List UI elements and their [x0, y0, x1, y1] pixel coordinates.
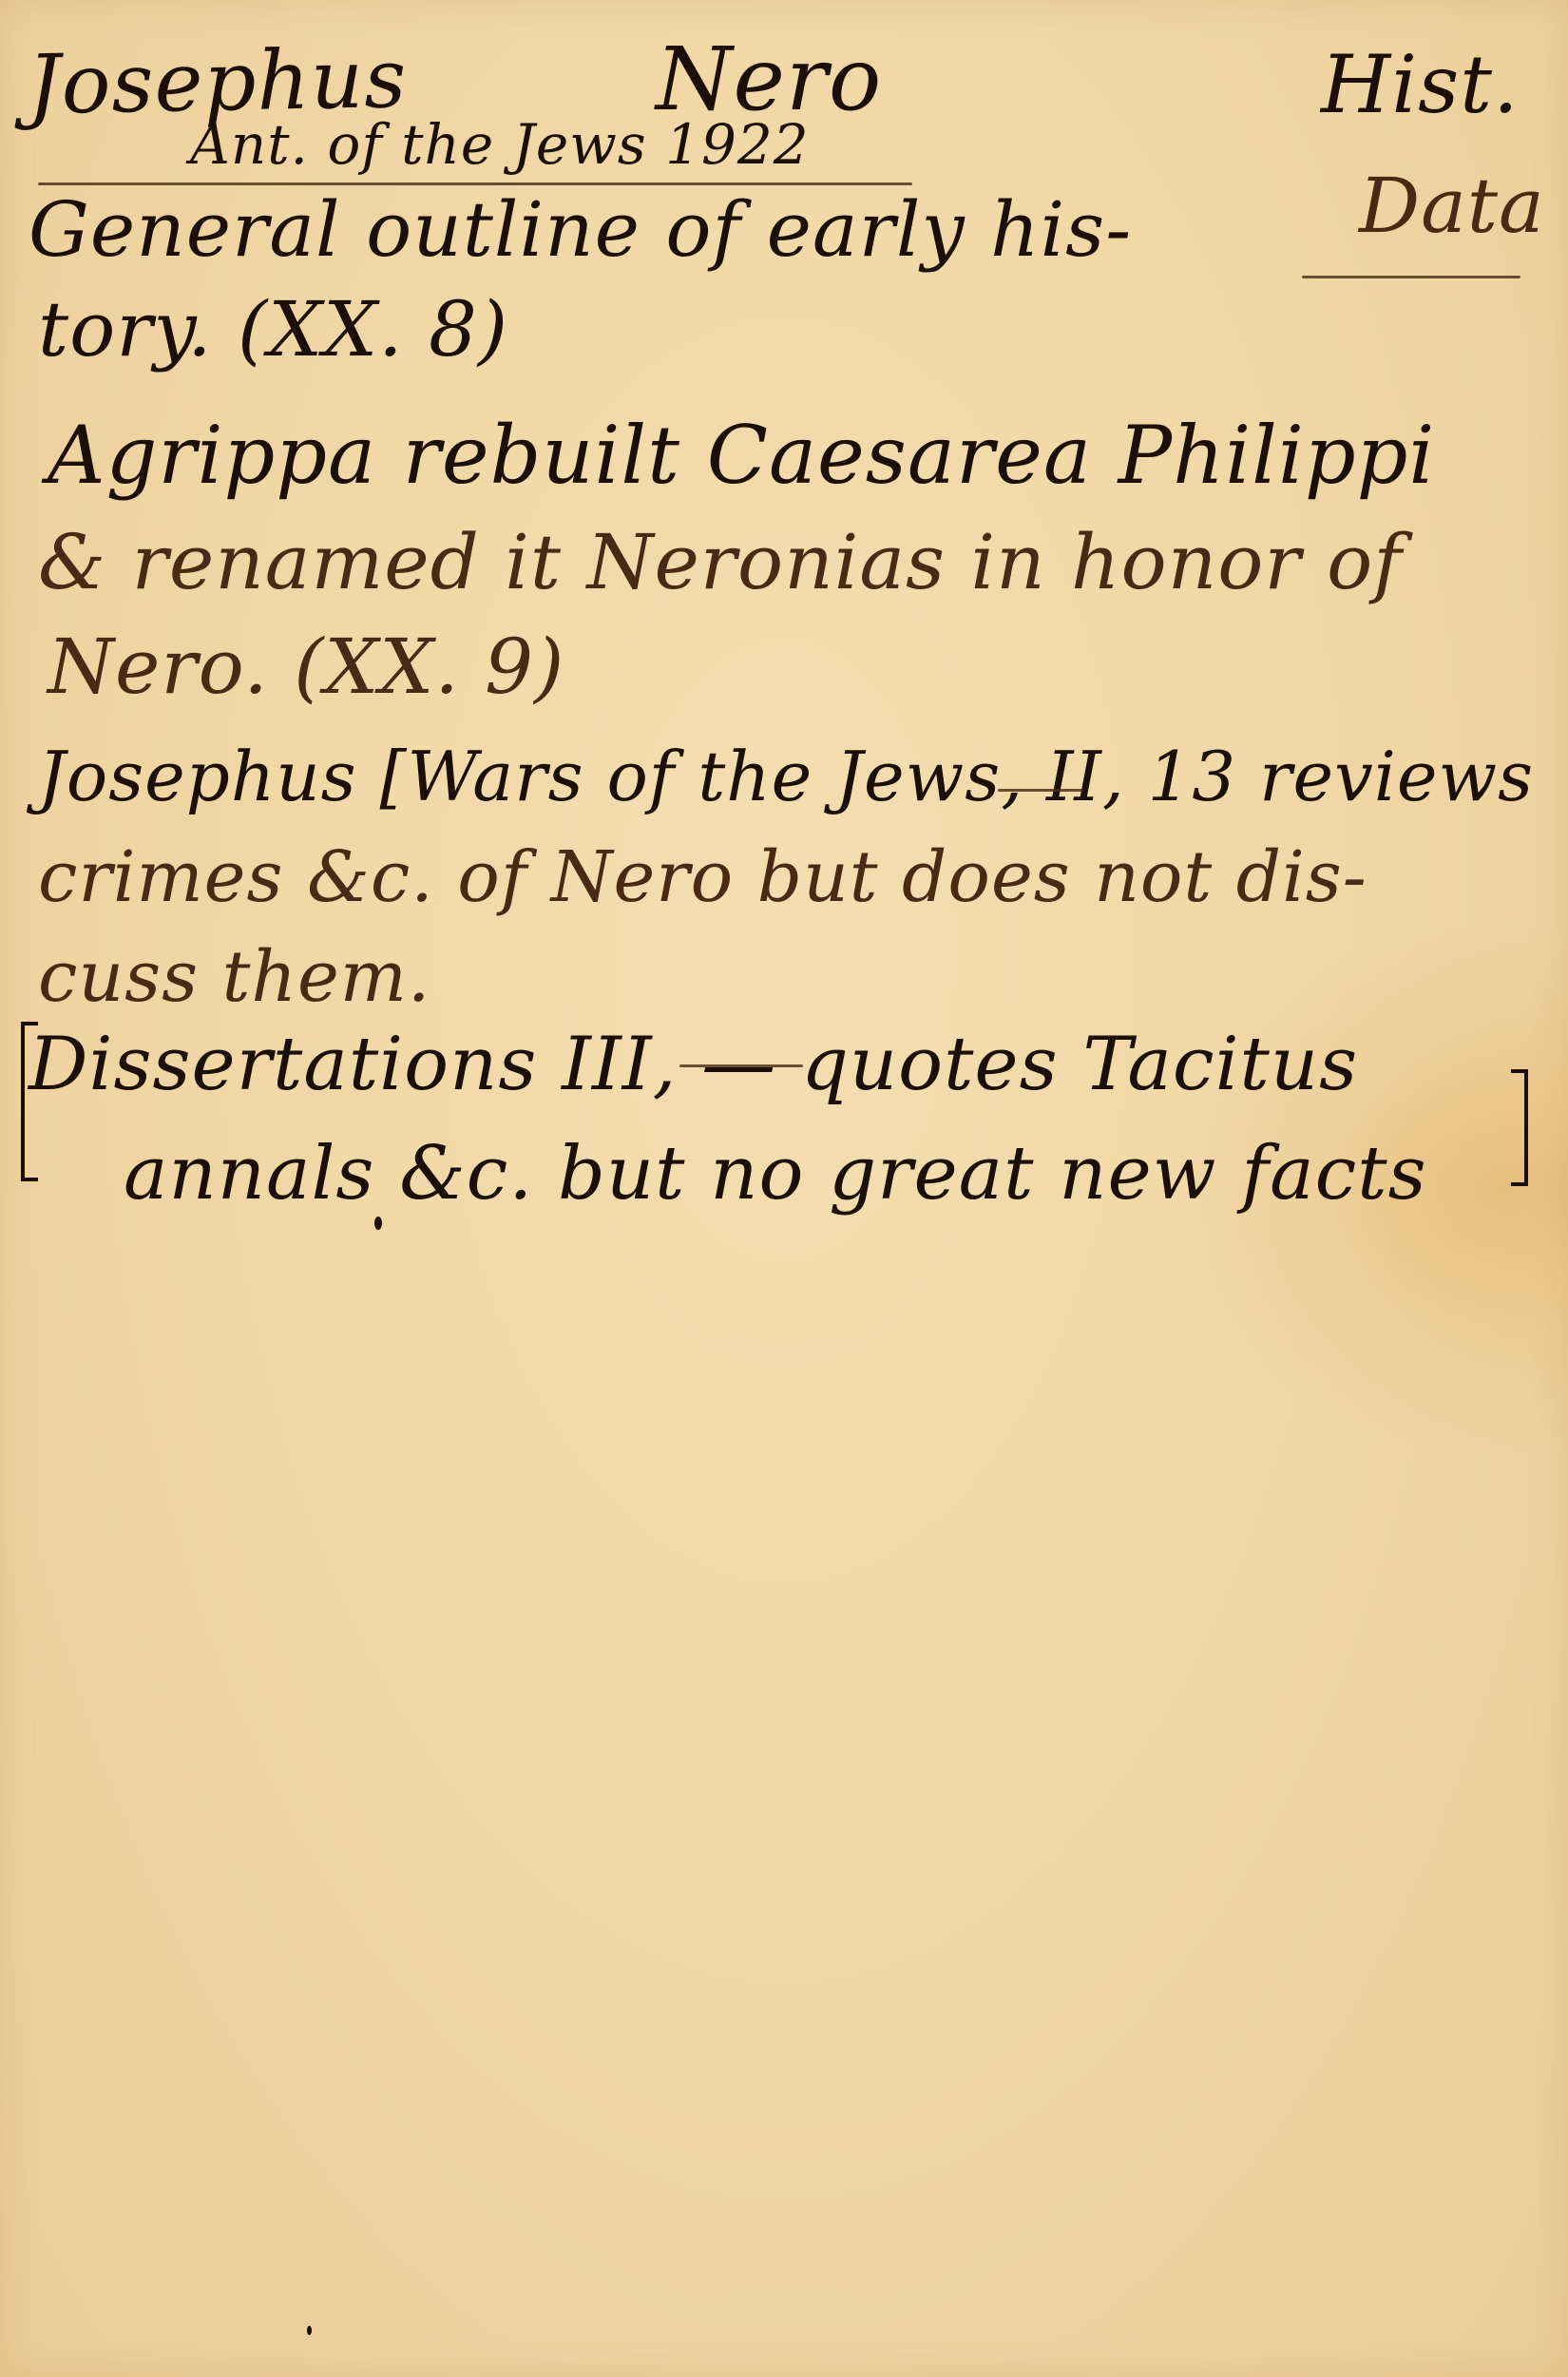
paper-speck: [307, 2326, 312, 2335]
ink-blot: [374, 1217, 382, 1230]
note-line-1: General outline of early his-: [29, 185, 1132, 274]
note-line-2: tory. (XX. 8): [38, 285, 508, 374]
card-category-hist: Hist.: [1321, 38, 1520, 131]
data-underline: [1302, 276, 1520, 278]
note-line-6: Josephus [Wars of the Jews, II, 13 revie…: [38, 737, 1534, 816]
source-citation: Ant. of the Jews 1922: [190, 112, 810, 177]
note-line-10: annals &c. but no great new facts: [124, 1131, 1427, 1217]
note-line-8: cuss them.: [38, 936, 430, 1018]
note-line-5: Nero. (XX. 9): [48, 623, 564, 711]
right-bracket: [1511, 1069, 1528, 1186]
roman-numeral-underline-2: [679, 1064, 803, 1067]
index-card: Josephus Nero Hist. Data Ant. of the Jew…: [0, 0, 1568, 2377]
roman-numeral-underline: [998, 789, 1083, 792]
note-line-3: Agrippa rebuilt Caesarea Philippi: [48, 409, 1435, 502]
note-line-7: crimes &c. of Nero but does not dis-: [38, 836, 1367, 918]
card-category-data: Data: [1359, 162, 1545, 250]
note-line-4: & renamed it Neronias in honor of: [38, 518, 1403, 606]
